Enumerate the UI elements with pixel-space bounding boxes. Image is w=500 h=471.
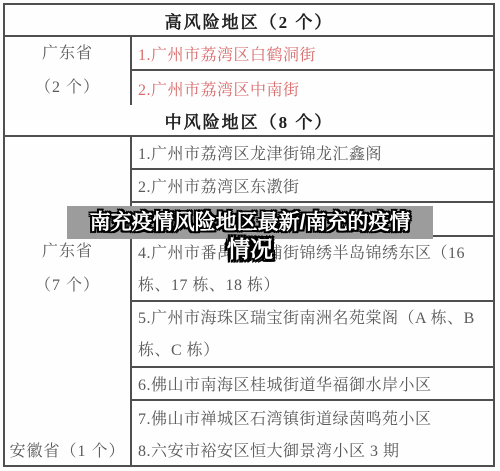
- risk-row: 1.广州市荔湾区白鹤洞街: [132, 37, 493, 71]
- medium-risk-group: 广东省 （7 个） 1.广州市荔湾区龙津街锦龙汇鑫阁 2.广州市荔湾区东漖街 4…: [5, 137, 493, 434]
- risk-row: 5.广州市海珠区瑞宝街南洲名苑棠阁（A 栋、B 栋、C 栋）: [132, 302, 493, 368]
- risk-row: 1.广州市荔湾区龙津街锦龙汇鑫阁: [132, 137, 493, 170]
- province-count: （7 个）: [35, 269, 100, 303]
- risk-row: 7.佛山市禅城区石湾镇街道绿茵鸣苑小区: [132, 401, 493, 434]
- medium-risk-rows: 1.广州市荔湾区龙津街锦龙汇鑫阁 2.广州市荔湾区东漖街 4.广州市番禺区洛浦街…: [132, 137, 493, 434]
- high-risk-rows: 1.广州市荔湾区白鹤洞街 2.广州市荔湾区中南街: [132, 37, 493, 105]
- risk-row: 8.六安市裕安区恒大御景湾小区 3 期: [132, 434, 493, 465]
- province-cell-guangdong-medium: 广东省 （7 个）: [5, 137, 132, 434]
- anhui-group: 安徽省（1 个） 8.六安市裕安区恒大御景湾小区 3 期: [5, 434, 493, 465]
- high-risk-group: 广东省 （2 个） 1.广州市荔湾区白鹤洞街 2.广州市荔湾区中南街: [5, 37, 493, 105]
- watermark-title-line1: 南充疫情风险地区最新/南充的疫情: [67, 206, 433, 239]
- anhui-rows: 8.六安市裕安区恒大御景湾小区 3 期: [132, 434, 493, 465]
- province-name: 安徽省（1 个）: [9, 438, 125, 461]
- watermark-title-line2: 情况: [227, 236, 273, 262]
- province-count: （2 个）: [35, 71, 100, 105]
- medium-risk-header: 中风险地区（8 个）: [5, 105, 493, 137]
- province-cell-guangdong-high: 广东省 （2 个）: [5, 37, 132, 105]
- watermark-title: 南充疫情风险地区最新/南充的疫情 情况: [67, 206, 433, 262]
- high-risk-header: 高风险地区（2 个）: [5, 5, 493, 37]
- risk-row: 2.广州市荔湾区东漖街: [132, 170, 493, 203]
- province-name: 广东省: [42, 37, 93, 71]
- risk-row: 6.佛山市南海区桂城街道华福御水岸小区: [132, 368, 493, 401]
- risk-row: 2.广州市荔湾区中南街: [132, 71, 493, 105]
- risk-area-screenshot: 高风险地区（2 个） 广东省 （2 个） 1.广州市荔湾区白鹤洞街 2.广州市荔…: [0, 0, 500, 471]
- province-cell-anhui: 安徽省（1 个）: [5, 434, 132, 465]
